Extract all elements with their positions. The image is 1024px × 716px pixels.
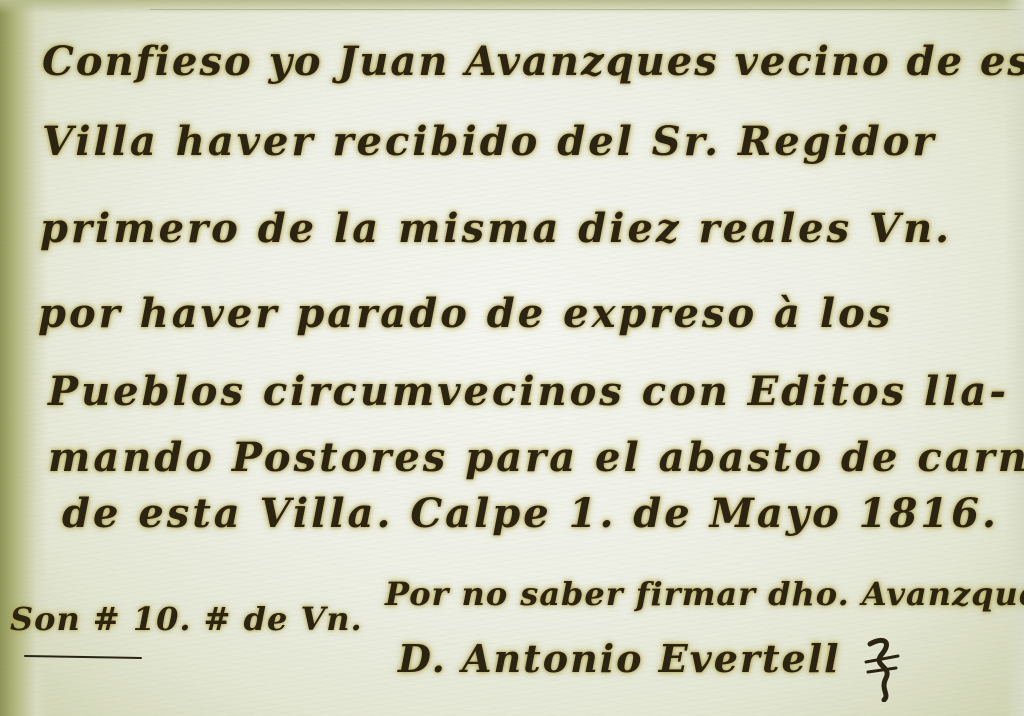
paper-top-edge [0, 0, 1024, 14]
body-line-7-date: de esta Villa. Calpe 1. de Mayo 1816. [62, 490, 999, 537]
signature-rubric-icon [862, 632, 902, 702]
body-line-1: Confieso yo Juan Avanzques vecino de est… [42, 38, 1024, 85]
body-line-2: Villa haver recibido del Sr. Regidor [42, 118, 937, 165]
signature-attestation: Por no saber firmar dho. Avanzques [385, 575, 1024, 613]
margin-amount-note: Son # 10. # de Vn. [10, 600, 363, 638]
signature-name: D. Antonio Evertell [398, 636, 841, 681]
body-line-4: por haver parado de expreso à los [38, 290, 893, 337]
manuscript-page: Confieso yo Juan Avanzques vecino de est… [0, 0, 1024, 716]
paper-fold-line [150, 9, 1024, 10]
body-line-5: Pueblos circumvecinos con Editos lla- [48, 368, 1009, 415]
body-line-6: mando Postores para el abasto de carne [48, 434, 1024, 481]
body-line-3: primero de la misma diez reales Vn. [40, 205, 952, 252]
